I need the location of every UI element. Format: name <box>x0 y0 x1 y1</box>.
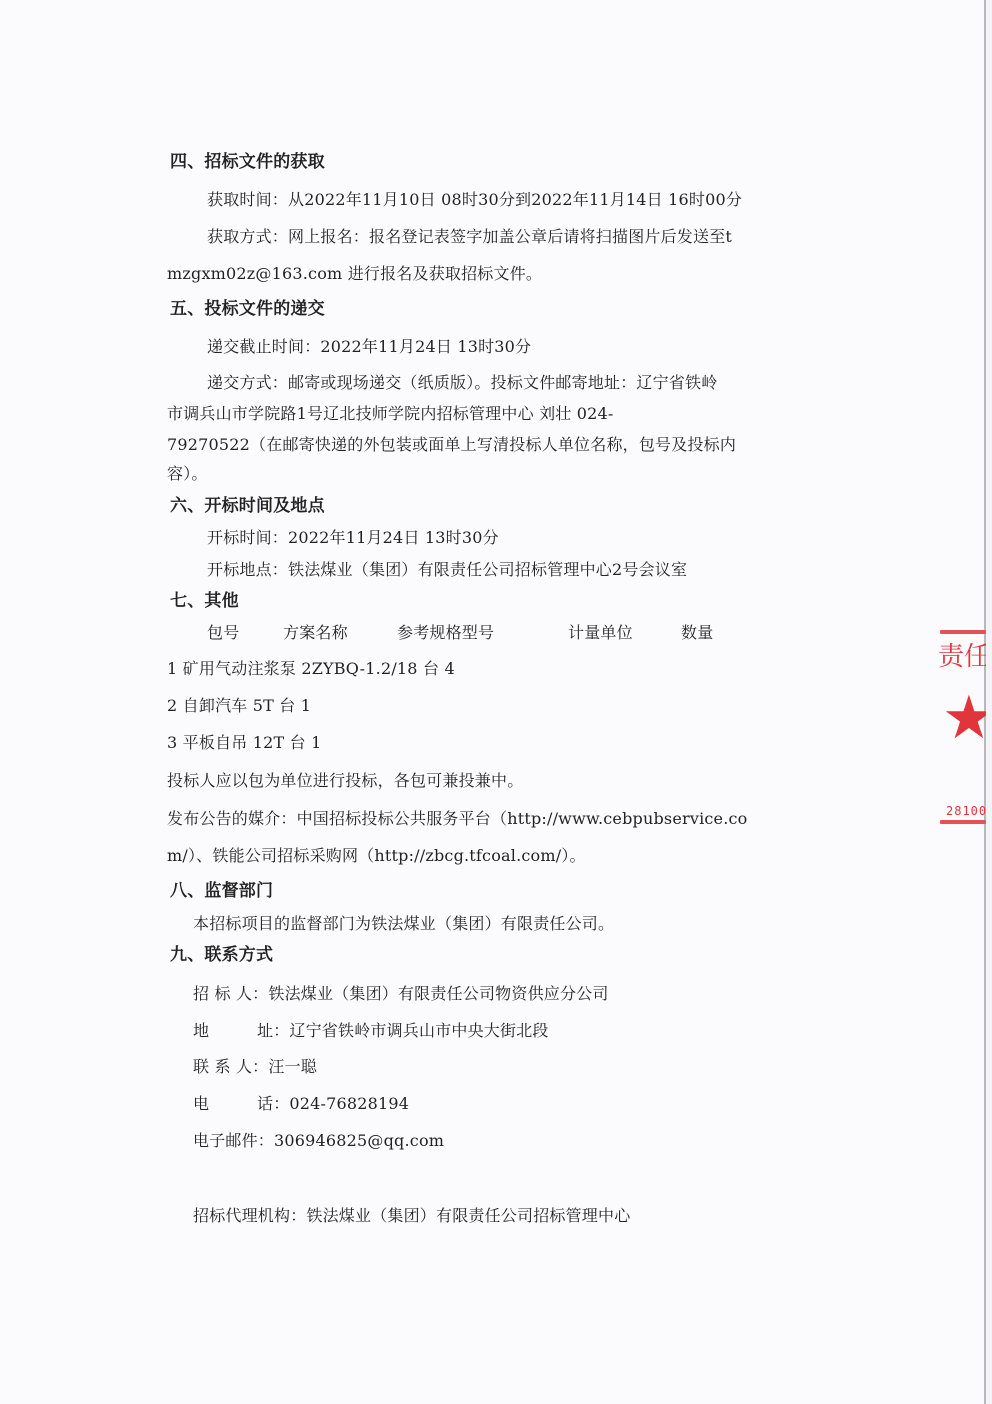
contact-tenderer: 招 标 人：铁法煤业（集团）有限责任公司物资供应分公司 <box>193 983 609 1005</box>
bidding-note: 投标人应以包为单位进行投标，各包可兼投兼中。 <box>167 770 523 792</box>
opening-place: 开标地点：铁法煤业（集团）有限责任公司招标管理中心2号会议室 <box>207 559 687 581</box>
contact-phone: 话：024-76828194 <box>257 1093 409 1115</box>
section-4-heading: 四、招标文件的获取 <box>170 151 325 173</box>
seal-number: 28100 <box>946 804 986 818</box>
table-row: 3 平板自吊 12T 台 1 <box>167 732 322 754</box>
section-9-heading: 九、联系方式 <box>170 944 273 966</box>
contact-address-label: 地 <box>193 1020 209 1042</box>
contact-email: 电子邮件：306946825@qq.com <box>193 1130 444 1152</box>
acquire-method-line2: mzgxm02z@163.com 进行报名及获取招标文件。 <box>167 263 542 285</box>
media-line2: m/）、铁能公司招标采购网（http://zbcg.tfcoal.com/）。 <box>167 845 586 867</box>
section-5-heading: 五、投标文件的递交 <box>170 298 325 320</box>
table-header-model: 参考规格型号 <box>397 622 494 644</box>
contact-address: 址：辽宁省铁岭市调兵山市中央大街北段 <box>257 1020 549 1042</box>
section-6-heading: 六、开标时间及地点 <box>170 495 325 517</box>
tender-agency: 招标代理机构：铁法煤业（集团）有限责任公司招标管理中心 <box>193 1205 630 1227</box>
star-icon: ★ <box>942 688 986 748</box>
official-seal: 责任 ★ 28100 <box>934 626 986 826</box>
table-row: 1 矿用气动注浆泵 2ZYBQ-1.2/18 台 4 <box>167 658 455 680</box>
opening-time: 开标时间：2022年11月24日 13时30分 <box>207 527 499 549</box>
seal-bottom-band <box>940 820 986 824</box>
table-row: 2 自卸汽车 5T 台 1 <box>167 695 311 717</box>
table-header-unit: 计量单位 <box>568 622 633 644</box>
submit-method-line3: 79270522（在邮寄快递的外包装或面单上写清投标人单位名称，包号及投标内 <box>167 434 736 456</box>
acquire-time: 获取时间：从2022年11月10日 08时30分到2022年11月14日 16时… <box>207 189 742 211</box>
submit-deadline: 递交截止时间：2022年11月24日 13时30分 <box>207 336 531 358</box>
seal-text: 责任 <box>938 636 986 673</box>
submit-method-line4: 容）。 <box>167 463 208 485</box>
table-header-name: 方案名称 <box>283 622 348 644</box>
acquire-method-line1: 获取方式：网上报名：报名登记表签字加盖公章后请将扫描图片后发送至t <box>207 226 732 248</box>
submit-method-line1: 递交方式：邮寄或现场递交（纸质版）。投标文件邮寄地址：辽宁省铁岭 <box>207 372 717 394</box>
page-edge-shade <box>986 0 992 1404</box>
section-8-heading: 八、监督部门 <box>170 880 273 902</box>
supervision-text: 本招标项目的监督部门为铁法煤业（集团）有限责任公司。 <box>193 913 614 935</box>
submit-method-line2: 市调兵山市学院路1号辽北技师学院内招标管理中心 刘壮 024- <box>167 403 614 425</box>
contact-person: 联 系 人：汪一聪 <box>193 1056 317 1078</box>
table-header-package: 包号 <box>207 622 239 644</box>
contact-phone-label: 电 <box>193 1093 209 1115</box>
media-line1: 发布公告的媒介：中国招标投标公共服务平台（http://www.cebpubse… <box>167 808 748 830</box>
table-header-qty: 数量 <box>681 622 713 644</box>
section-7-heading: 七、其他 <box>170 590 239 612</box>
seal-top-band <box>940 630 986 634</box>
